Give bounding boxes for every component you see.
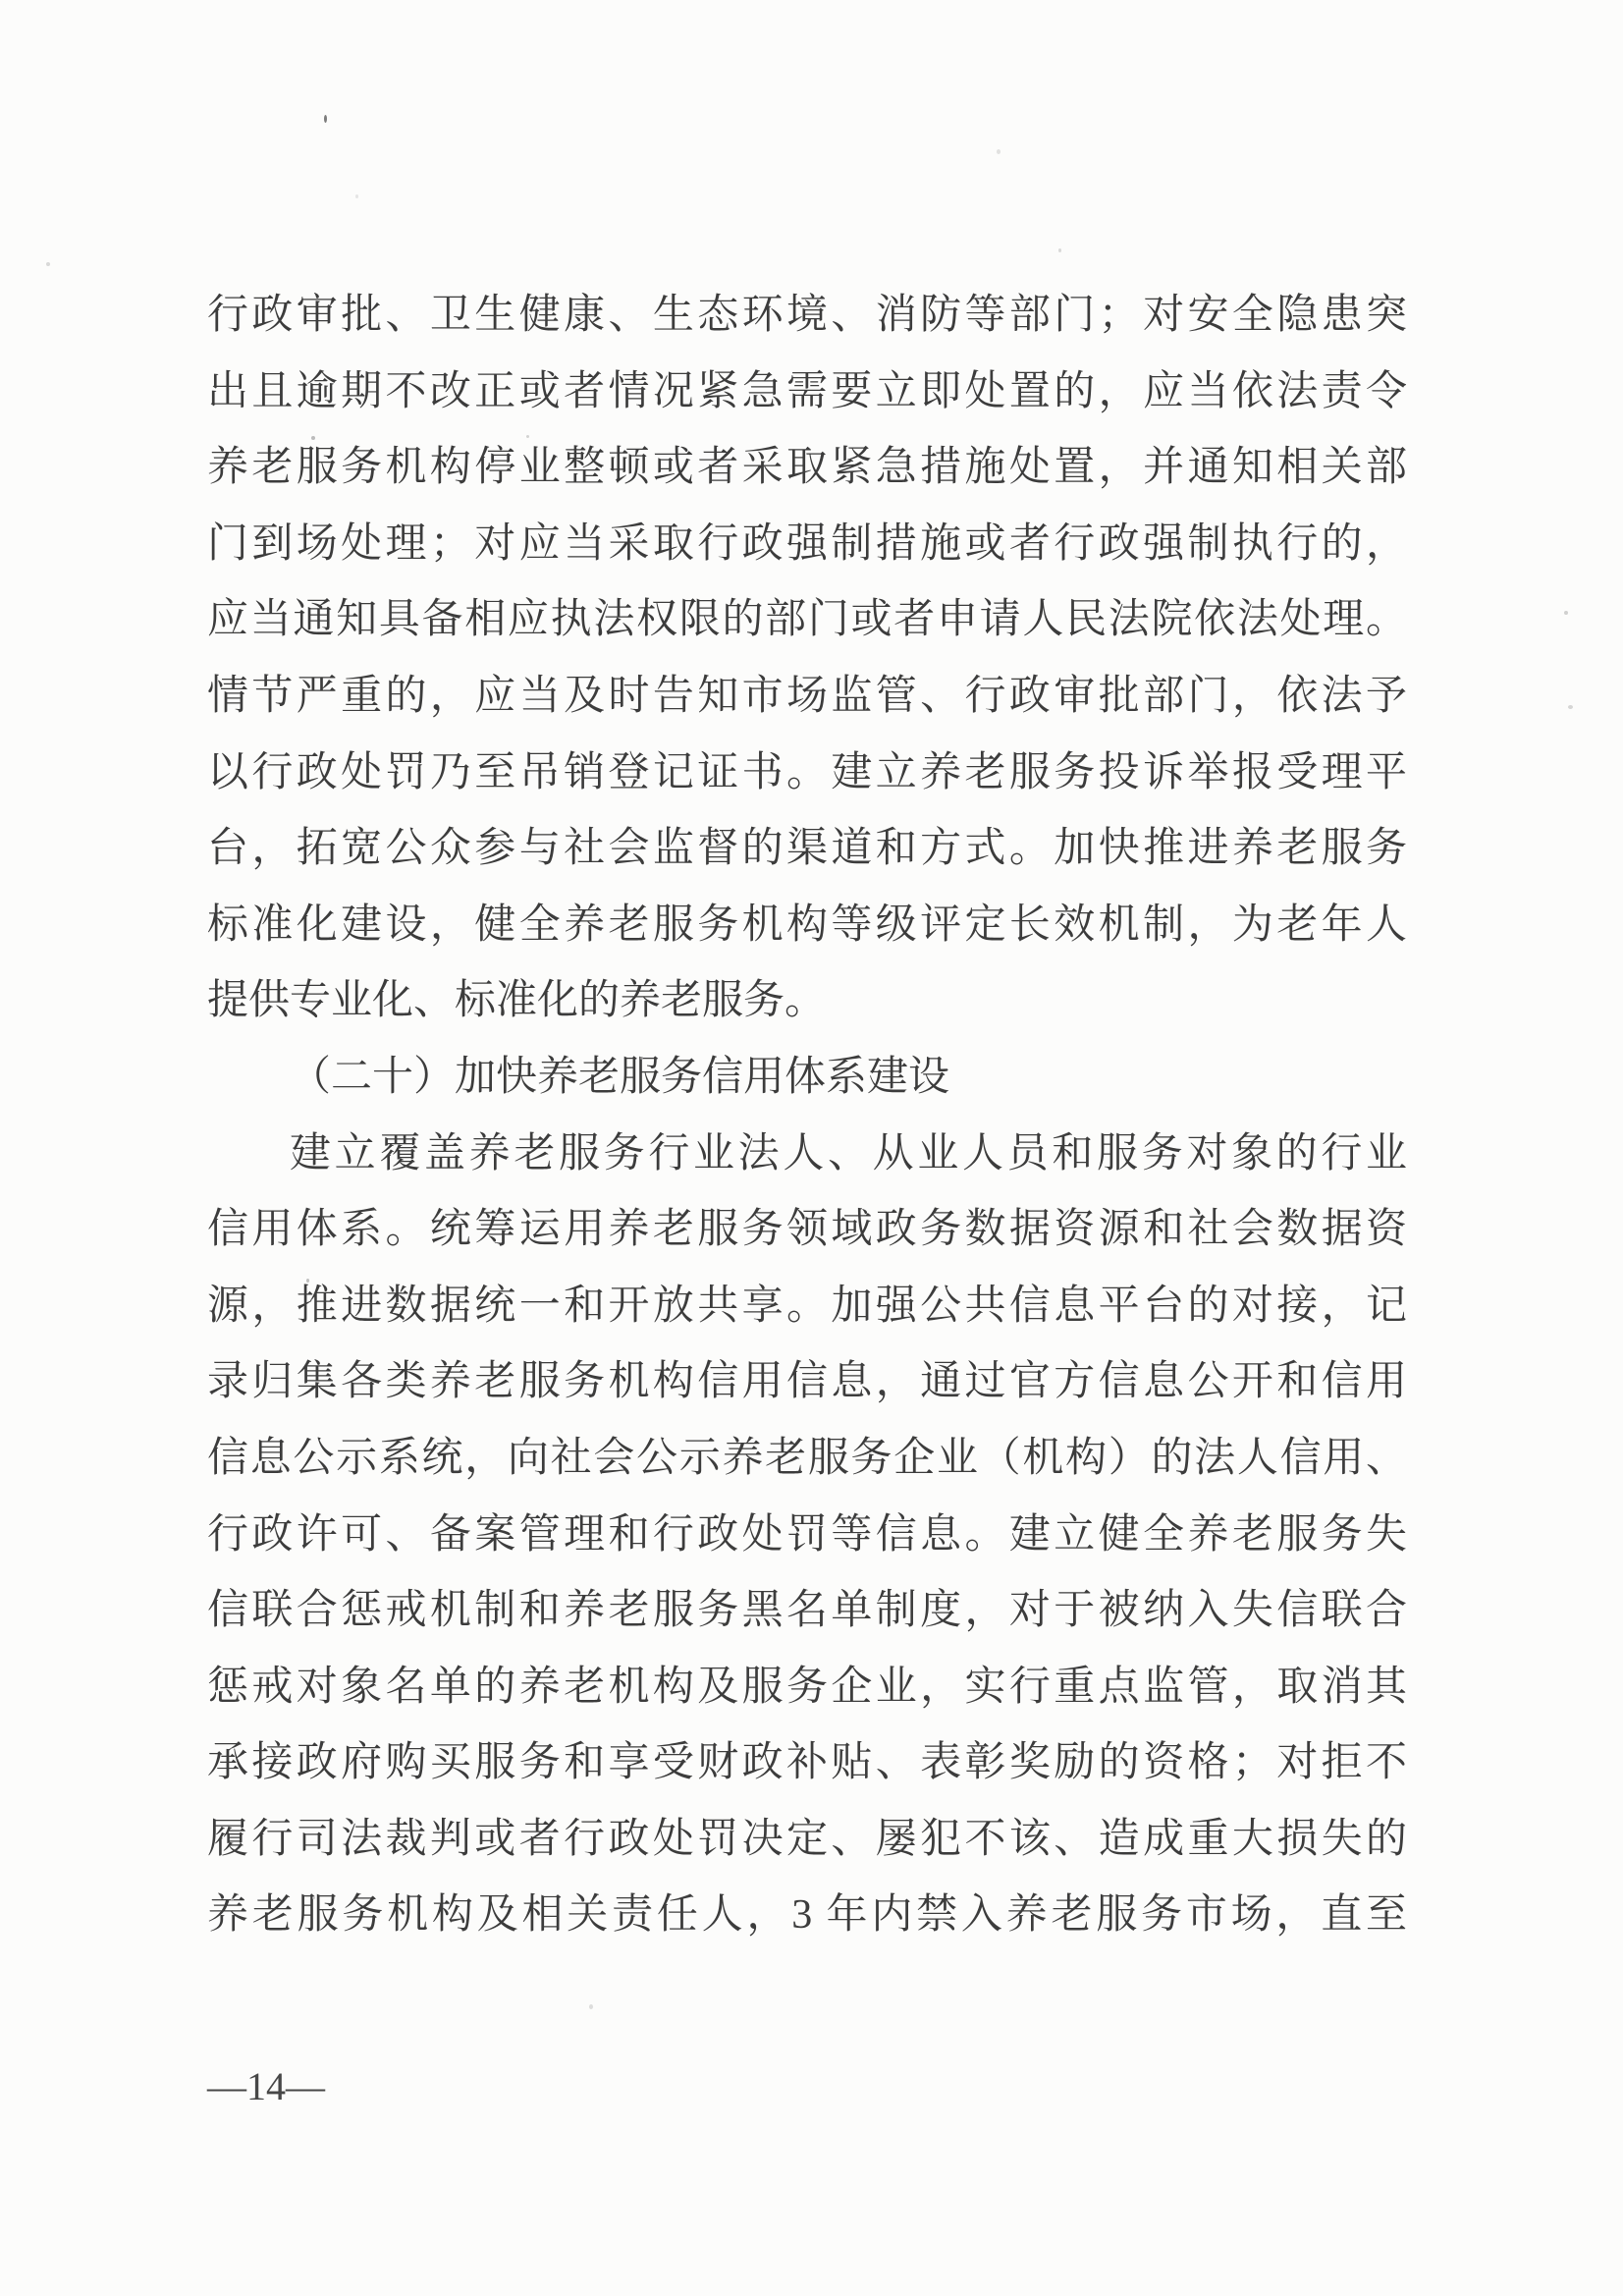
scan-speck [640, 1057, 643, 1060]
text-line: 养老服务机构停业整顿或者采取紧急措施处置，并通知相关部 [207, 430, 1407, 507]
scan-speck [1568, 705, 1573, 709]
scan-speck [311, 436, 315, 440]
scan-speck [306, 1279, 309, 1283]
scan-speck [355, 194, 358, 198]
scan-speck [1564, 611, 1568, 615]
text-line: 情节严重的，应当及时告知市场监管、行政审批部门，依法予 [207, 659, 1407, 736]
text-line: 标准化建设，健全养老服务机构等级评定长效机制，为老年人 [207, 888, 1407, 964]
scan-speck [589, 2004, 593, 2009]
page-number: —14— [207, 2065, 325, 2108]
scan-speck [231, 1898, 234, 1901]
text-line: 台，拓宽公众参与社会监督的渠道和方式。加快推进养老服务 [207, 811, 1407, 888]
scan-speck [312, 1896, 315, 1899]
text-line: 履行司法裁判或者行政处罚决定、屡犯不该、造成重大损失的 [207, 1802, 1407, 1879]
text-line: 出且逾期不改正或者情况紧急需要立即处置的，应当依法责令 [207, 355, 1407, 431]
scan-speck [1058, 248, 1061, 252]
section-heading: （二十）加快养老服务信用体系建设 [207, 1040, 1407, 1117]
text-line: 养老服务机构及相关责任人，3 年内禁入养老服务市场，直至 [207, 1878, 1407, 1954]
text-line: 录归集各类养老服务机构信用信息，通过官方信息公开和信用 [207, 1344, 1407, 1421]
scan-speck [324, 115, 327, 123]
text-line: 承接政府购买服务和享受财政补贴、表彰奖励的资格；对拒不 [207, 1725, 1407, 1802]
scanned-page: 行政审批、卫生健康、生态环境、消防等部门；对安全隐患突出且逾期不改正或者情况紧急… [0, 0, 1623, 2296]
text-line: 源，推进数据统一和开放共享。加强公共信息平台的对接，记 [207, 1269, 1407, 1345]
scan-speck [46, 262, 50, 266]
document-body: 行政审批、卫生健康、生态环境、消防等部门；对安全隐患突出且逾期不改正或者情况紧急… [207, 278, 1407, 1954]
text-line: 行政审批、卫生健康、生态环境、消防等部门；对安全隐患突 [207, 278, 1407, 355]
text-line: 信联合惩戒机制和养老服务黑名单制度，对于被纳入失信联合 [207, 1573, 1407, 1650]
scan-speck [526, 435, 529, 438]
text-line: 以行政处罚乃至吊销登记证书。建立养老服务投诉举报受理平 [207, 736, 1407, 812]
scan-speck [997, 149, 1001, 154]
text-line: 应当通知具备相应执法权限的部门或者申请人民法院依法处理。 [207, 582, 1407, 659]
text-line: 行政许可、备案管理和行政处罚等信息。建立健全养老服务失 [207, 1498, 1407, 1574]
text-line: 门到场处理；对应当采取行政强制措施或者行政强制执行的， [207, 507, 1407, 583]
text-line: 惩戒对象名单的养老机构及服务企业，实行重点监管，取消其 [207, 1650, 1407, 1726]
text-line: 信用体系。统筹运用养老服务领域政务数据资源和社会数据资 [207, 1192, 1407, 1269]
text-line: 提供专业化、标准化的养老服务。 [207, 963, 1407, 1040]
text-line: 建立覆盖养老服务行业法人、从业人员和服务对象的行业 [207, 1117, 1407, 1193]
text-line: 信息公示系统，向社会公示养老服务企业（机构）的法人信用、 [207, 1421, 1407, 1498]
